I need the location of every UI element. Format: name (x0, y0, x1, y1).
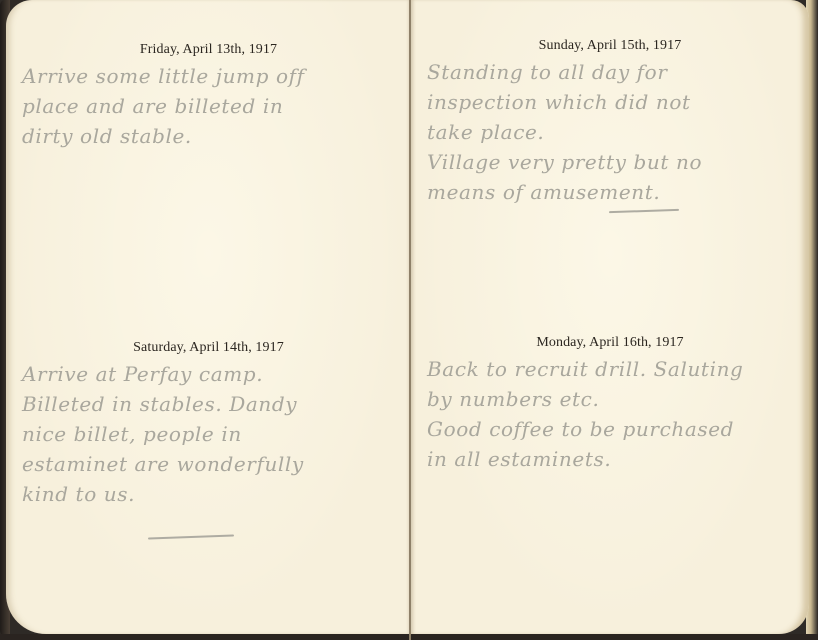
entry-date: Sunday, April 15th, 1917 (411, 38, 809, 54)
handwritten-line: kind to us. (6, 479, 411, 509)
diary-entry-april-16: Monday, April 16th, 1917 Back to recruit… (411, 335, 809, 474)
handwritten-line: take place. (411, 117, 809, 147)
diary-entry-april-15: Sunday, April 15th, 1917 Standing to all… (411, 38, 809, 207)
entry-text: Arrive at Perfay camp. Billeted in stabl… (6, 359, 411, 509)
handwritten-line: dirty old stable. (6, 121, 411, 151)
diary-spread: Friday, April 13th, 1917 Arrive some lit… (0, 0, 818, 640)
handwritten-line: Standing to all day for (411, 57, 809, 87)
right-page: Sunday, April 15th, 1917 Standing to all… (411, 0, 809, 634)
entry-date: Friday, April 13th, 1917 (6, 42, 411, 58)
entry-text: Back to recruit drill. Saluting by numbe… (411, 354, 809, 474)
handwritten-line: means of amusement. (411, 177, 809, 207)
handwritten-line: place and are billeted in (6, 91, 411, 121)
left-page: Friday, April 13th, 1917 Arrive some lit… (6, 0, 411, 634)
handwritten-line: Back to recruit drill. Saluting (411, 354, 809, 384)
handwritten-line: estaminet are wonderfully (6, 449, 411, 479)
handwritten-line: nice billet, people in (6, 419, 411, 449)
end-flourish (148, 534, 234, 539)
handwritten-line: Village very pretty but no (411, 147, 809, 177)
handwritten-line: Arrive at Perfay camp. (6, 359, 411, 389)
handwritten-line: Billeted in stables. Dandy (6, 389, 411, 419)
entry-text: Arrive some little jump off place and ar… (6, 61, 411, 151)
handwritten-line: Good coffee to be purchased (411, 414, 809, 444)
diary-entry-april-13: Friday, April 13th, 1917 Arrive some lit… (6, 42, 411, 151)
underline-flourish (609, 209, 679, 213)
handwritten-line: in all estaminets. (411, 444, 809, 474)
handwritten-line: by numbers etc. (411, 384, 809, 414)
handwritten-line: inspection which did not (411, 87, 809, 117)
entry-text: Standing to all day for inspection which… (411, 57, 809, 207)
diary-entry-april-14: Saturday, April 14th, 1917 Arrive at Per… (6, 340, 411, 509)
entry-date: Monday, April 16th, 1917 (411, 335, 809, 351)
entry-date: Saturday, April 14th, 1917 (6, 340, 411, 356)
handwritten-line: Arrive some little jump off (6, 61, 411, 91)
